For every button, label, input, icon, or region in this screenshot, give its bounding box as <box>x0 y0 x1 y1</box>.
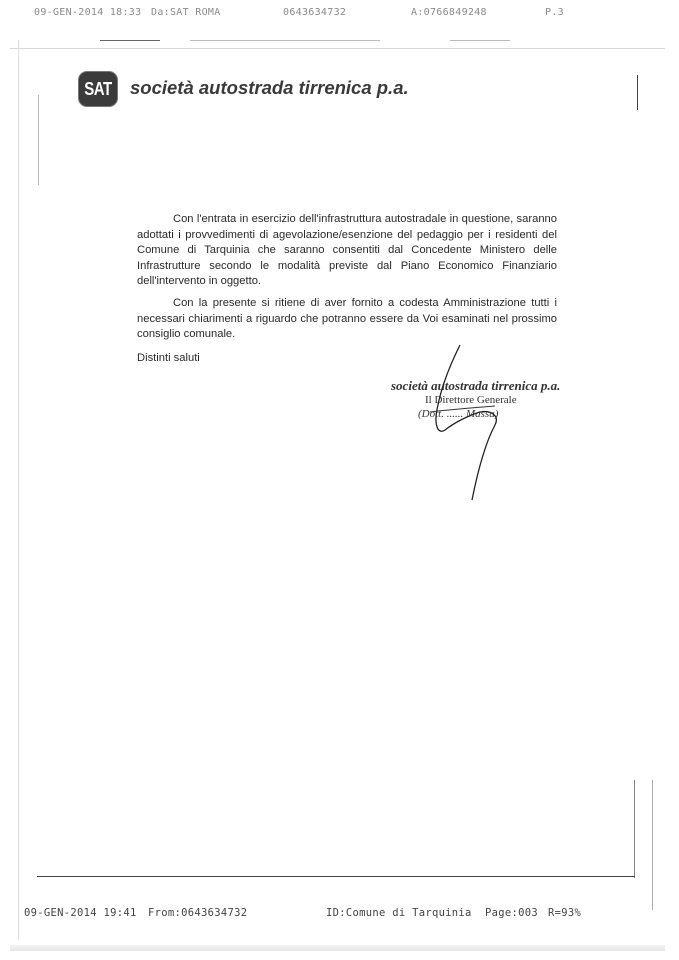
page-right-margin-mark <box>637 75 638 110</box>
scan-artifact-line <box>450 40 510 41</box>
page-left-margin-mark <box>38 95 39 185</box>
fax-header-sender: Da:SAT ROMA <box>151 7 221 18</box>
scan-bottom-shadow <box>10 945 665 951</box>
fax-header-sender-number: 0643634732 <box>283 7 346 18</box>
frame-right-border <box>634 780 635 878</box>
fax-header-recipient: A:0766849248 <box>411 7 487 18</box>
closing-salutation: Distinti saluti <box>137 352 200 364</box>
handwritten-signature <box>400 340 540 510</box>
page-top-edge <box>10 48 665 49</box>
frame-bottom-border <box>37 876 635 877</box>
company-name: società autostrada tirrenica p.a. <box>130 77 409 99</box>
sat-logo: SAT <box>79 72 117 106</box>
scan-artifact-line <box>100 40 160 41</box>
scan-artifact-line <box>190 40 380 41</box>
page-left-edge <box>18 40 19 940</box>
fax-footer-datetime: 09-GEN-2014 19:41 <box>24 907 137 919</box>
fax-footer-id: ID:Comune di Tarquinia <box>326 907 472 919</box>
fax-footer-page: Page:003 <box>485 907 538 919</box>
sat-logo-text: SAT <box>84 78 111 99</box>
body-paragraph-1: Con l'entrata in esercizio dell'infrastr… <box>137 212 557 290</box>
fax-header-page: P.3 <box>545 7 564 18</box>
page-right-edge <box>652 780 653 910</box>
fax-footer-from: From:0643634732 <box>148 907 247 919</box>
fax-footer-resolution: R=93% <box>548 907 581 919</box>
body-paragraph-2: Con la presente si ritiene di aver forni… <box>137 296 557 343</box>
fax-header-datetime: 09-GEN-2014 18:33 <box>34 7 141 18</box>
